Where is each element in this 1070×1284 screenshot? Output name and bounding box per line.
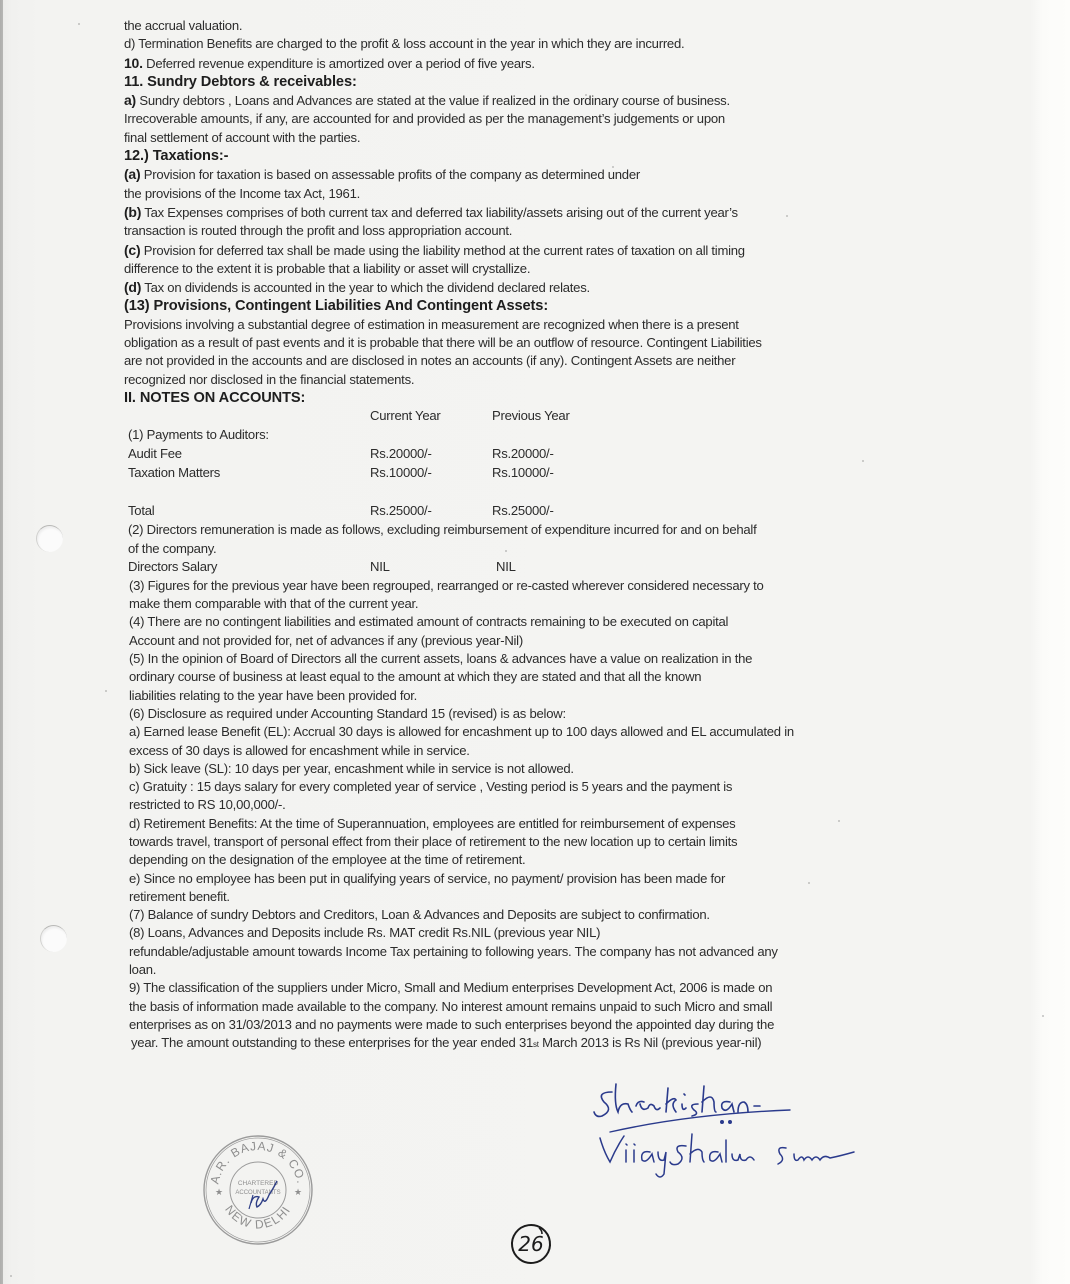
row-label: Total xyxy=(128,502,154,520)
note-line: d) Retirement Benefits: At the time of S… xyxy=(129,815,884,833)
note-line: towards travel, transport of personal ef… xyxy=(129,833,884,851)
section-heading: 12.) Taxations:- xyxy=(124,147,884,165)
note-line: excess of 30 days is allowed for encashm… xyxy=(129,742,884,760)
text-line: 10. Deferred revenue expenditure is amor… xyxy=(124,54,884,73)
row-label: Audit Fee xyxy=(128,445,182,463)
text-line: difference to the extent it is probable … xyxy=(124,260,884,278)
directors-salary-current: NIL xyxy=(370,558,390,576)
stamp-star-left: ★ xyxy=(215,1187,223,1197)
note-line: c) Gratuity : 15 days salary for every c… xyxy=(129,778,884,796)
page-number-circled: 26 xyxy=(506,1220,556,1268)
stamp-center-line-1: CHARTERED xyxy=(238,1180,279,1187)
table-row: TotalRs.25000/-Rs.25000/- xyxy=(124,502,884,521)
section-heading: 11. Sundry Debtors & receivables: xyxy=(124,73,884,91)
note-line: depending on the designation of the empl… xyxy=(129,851,884,869)
note-line: b) Sick leave (SL): 10 days per year, en… xyxy=(129,760,884,778)
note-line: (5) In the opinion of Board of Directors… xyxy=(129,650,884,668)
table-spacer-row xyxy=(124,483,884,502)
auditors-payment-table: Current Year Previous Year (1) Payments … xyxy=(124,407,884,521)
page-number: 26 xyxy=(518,1232,543,1256)
text-line: (b) Tax Expenses comprises of both curre… xyxy=(124,203,884,222)
row-current-year: Rs.10000/- xyxy=(370,464,432,482)
text-line: (d) Tax on dividends is accounted in the… xyxy=(124,278,884,297)
item-marker: a) xyxy=(124,92,136,108)
table-row: Taxation MattersRs.10000/-Rs.10000/- xyxy=(124,464,884,483)
table-title: (1) Payments to Auditors: xyxy=(128,426,269,444)
signatures-block xyxy=(590,1078,890,1188)
note-line: restricted to RS 10,00,000/-. xyxy=(129,796,884,814)
note-line: enterprises as on 31/03/2013 and no paym… xyxy=(129,1016,884,1034)
text-line: (c) Provision for deferred tax shall be … xyxy=(124,241,884,260)
directors-salary-previous: NIL xyxy=(496,558,516,576)
table-row: Audit FeeRs.20000/-Rs.20000/- xyxy=(124,445,884,464)
directors-line-2: of the company. xyxy=(128,540,884,558)
header-current-year: Current Year xyxy=(370,407,441,425)
note-line: (8) Loans, Advances and Deposits include… xyxy=(129,924,884,942)
note-line: (3) Figures for the previous year have b… xyxy=(129,577,884,595)
note-line: (6) Disclosure as required under Account… xyxy=(129,705,884,723)
notes-on-accounts: (3) Figures for the previous year have b… xyxy=(124,577,884,1034)
directors-remuneration: (2) Directors remuneration is made as fo… xyxy=(124,521,884,577)
note-9-last-line: year. The amount outstanding to these en… xyxy=(124,1034,884,1054)
row-previous-year: Rs.10000/- xyxy=(492,464,554,482)
row-label: Taxation Matters xyxy=(128,464,220,482)
item-marker: (a) xyxy=(124,166,140,182)
note-line: (7) Balance of sundry Debtors and Credit… xyxy=(129,906,884,924)
last-line-after: March 2013 is Rs Nil (previous year-nil) xyxy=(539,1035,762,1050)
note-line: 9) The classification of the suppliers u… xyxy=(129,979,884,997)
table-rows: Audit FeeRs.20000/-Rs.20000/-Taxation Ma… xyxy=(124,445,884,521)
table-header-row: Current Year Previous Year xyxy=(124,407,884,426)
scan-edge-shadow xyxy=(0,0,3,1284)
item-marker: (d) xyxy=(124,279,141,295)
row-previous-year: Rs.25000/- xyxy=(492,502,554,520)
text-line: are not provided in the accounts and are… xyxy=(124,352,884,370)
table-title-row: (1) Payments to Auditors: xyxy=(124,426,884,445)
document-body: the accrual valuation.d) Termination Ben… xyxy=(124,17,884,1055)
note-line: a) Earned lease Benefit (EL): Accrual 30… xyxy=(129,723,884,741)
last-line-before: year. The amount outstanding to these en… xyxy=(131,1035,533,1050)
signature-1 xyxy=(594,1084,790,1132)
text-line: recognized nor disclosed in the financia… xyxy=(124,371,884,389)
row-current-year: Rs.20000/- xyxy=(370,445,432,463)
row-previous-year: Rs.20000/- xyxy=(492,445,554,463)
note-line: retirement benefit. xyxy=(129,888,884,906)
directors-salary-label: Directors Salary xyxy=(128,558,217,576)
text-line: d) Termination Benefits are charged to t… xyxy=(124,35,884,53)
text-line: the accrual valuation. xyxy=(124,17,884,35)
header-previous-year: Previous Year xyxy=(492,407,570,425)
text-line: final settlement of account with the par… xyxy=(124,129,884,147)
section-heading: (13) Provisions, Contingent Liabilities … xyxy=(124,297,884,315)
note-line: loan. xyxy=(129,961,884,979)
note-line: (4) There are no contingent liabilities … xyxy=(129,613,884,631)
section-heading: II. NOTES ON ACCOUNTS: xyxy=(124,389,884,407)
policy-lines: the accrual valuation.d) Termination Ben… xyxy=(124,17,884,407)
text-line: a) Sundry debtors , Loans and Advances a… xyxy=(124,91,884,110)
directors-salary-row: Directors Salary NIL NIL xyxy=(124,558,884,577)
row-current-year: Rs.25000/- xyxy=(370,502,432,520)
note-line: e) Since no employee has been put in qua… xyxy=(129,870,884,888)
note-line: Account and not provided for, net of adv… xyxy=(129,632,884,650)
item-marker: (c) xyxy=(124,242,140,258)
text-line: obligation as a result of past events an… xyxy=(124,334,884,352)
stamp-star-right: ★ xyxy=(294,1187,302,1197)
punch-hole-lower xyxy=(40,925,67,952)
text-line: the provisions of the Income tax Act, 19… xyxy=(124,185,884,203)
text-line: transaction is routed through the profit… xyxy=(124,222,884,240)
item-marker: 10. xyxy=(124,55,143,71)
text-line: Irrecoverable amounts, if any, are accou… xyxy=(124,110,884,128)
note-line: liabilities relating to the year have be… xyxy=(129,687,884,705)
text-line: Provisions involving a substantial degre… xyxy=(124,316,884,334)
directors-line-1: (2) Directors remuneration is made as fo… xyxy=(128,521,884,539)
firm-seal-stamp: A.R. BAJAJ & CO. NEW DELHI ★ ★ CHARTERED… xyxy=(201,1133,315,1247)
item-marker: (b) xyxy=(124,204,141,220)
note-line: refundable/adjustable amount towards Inc… xyxy=(129,943,884,961)
note-line: ordinary course of business at least equ… xyxy=(129,668,884,686)
punch-hole-upper xyxy=(36,525,63,552)
note-line: make them comparable with that of the cu… xyxy=(129,595,884,613)
note-line: the basis of information made available … xyxy=(129,998,884,1016)
scanned-page: the accrual valuation.d) Termination Ben… xyxy=(0,0,1070,1284)
stamp-center-line-2: ACCOUNTANTS xyxy=(235,1190,280,1196)
text-line: (a) Provision for taxation is based on a… xyxy=(124,165,884,184)
signature-2 xyxy=(600,1134,854,1177)
